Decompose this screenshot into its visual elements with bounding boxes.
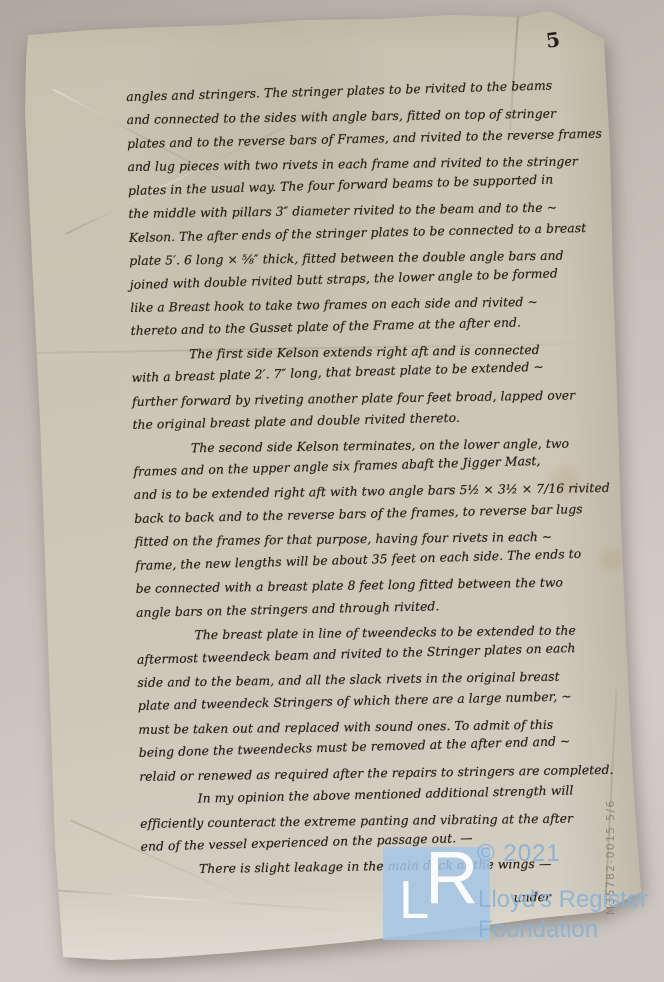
watermark-organization-line2: Foundation: [478, 916, 598, 944]
watermark-organization-line1: Lloyd's Register: [478, 886, 648, 914]
manuscript-text: angles and stringers. The stringer plate…: [126, 77, 610, 918]
photograph-of-manuscript: 5 angles and stringers. The stringer pla…: [0, 0, 664, 982]
lloyds-register-logo: L R: [383, 847, 490, 940]
logo-letter-r: R: [425, 841, 478, 915]
watermark-copyright: © 2021: [477, 840, 561, 868]
